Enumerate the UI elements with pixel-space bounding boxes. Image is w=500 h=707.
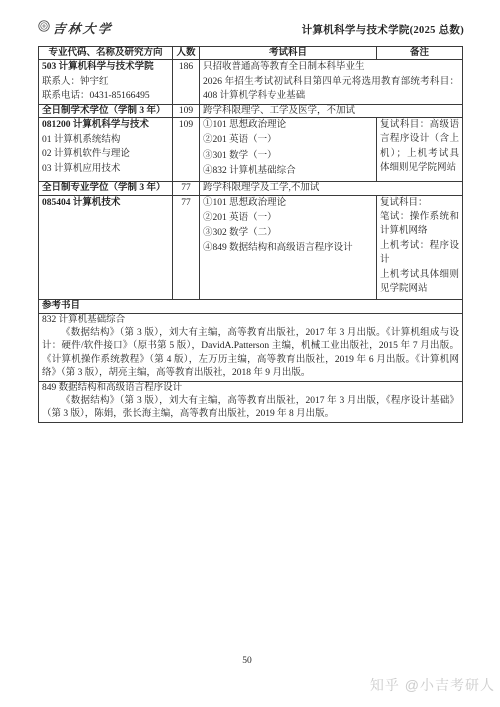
program-081200-remark: 复试科目：高级语言程序设计（含上机）；上机考试具体细则见学院网站 <box>377 118 462 182</box>
admissions-table: 专业代码、名称及研究方向 人数 考试科目 备注 503 计算机科学与技术学院 联… <box>38 46 463 423</box>
references-832-code: 832 计算机基础综合 <box>42 314 459 327</box>
table-row-program-085404: 085404 计算机技术 77 ①101 思想政治理论 ②201 英语（一） ③… <box>39 196 462 300</box>
references-title: 参考书目 <box>39 300 462 314</box>
contact-phone: 联系电话：0431-85166495 <box>42 89 169 104</box>
page-header: 吉林大学 计算机科学与技术学院(2025 总数) <box>38 19 464 37</box>
references-title-row: 参考书目 <box>39 300 462 314</box>
program-085404-remark: 复试科目： 笔试：操作系统和计算机网络 上机考试：程序设计 上机考试具体细则见学… <box>377 196 462 300</box>
university-brand: 吉林大学 <box>38 19 113 37</box>
table-row-academic-degree: 全日制学术学位（学制 3 年） 109 跨学科限理学、工学及医学，不加试 <box>39 105 462 119</box>
program-081200-directions: 01 计算机系统结构 02 计算机软件与理论 03 计算机应用技术 <box>42 133 169 177</box>
table-row-program-081200: 081200 计算机科学与技术 01 计算机系统结构 02 计算机软件与理论 0… <box>39 118 462 182</box>
program-081200-cell: 081200 计算机科学与技术 01 计算机系统结构 02 计算机软件与理论 0… <box>39 118 173 182</box>
table-row-professional-degree: 全日制专业学位（学制 3 年） 77 跨学科限理学及工学,不加试 <box>39 182 462 196</box>
references-832-row: 832 计算机基础综合 《数据结构》（第 3 版），刘大有主编，高等教育出版社，… <box>39 314 462 382</box>
table-header-row: 专业代码、名称及研究方向 人数 考试科目 备注 <box>39 47 462 60</box>
column-header-count: 人数 <box>173 47 200 60</box>
professional-degree-count: 77 <box>173 182 200 196</box>
academic-degree-title: 全日制学术学位（学制 3 年） <box>39 105 173 119</box>
contact-person: 联系人：钟宇红 <box>42 75 169 90</box>
professional-degree-title: 全日制专业学位（学制 3 年） <box>39 182 173 196</box>
references-849-row: 849 数据结构和高级语言程序设计 《数据结构》（第 3 版），刘大有主编，高等… <box>39 382 462 422</box>
program-085404-cell: 085404 计算机技术 <box>39 196 173 300</box>
program-081200-count: 109 <box>173 118 200 182</box>
program-085404-count: 77 <box>173 196 200 300</box>
college-title: 计算机科学与技术学院(2025 总数) <box>302 22 464 37</box>
column-header-remarks: 备注 <box>377 47 462 60</box>
college-code-title: 503 计算机科学与技术学院 <box>42 60 169 75</box>
college-info-cell: 503 计算机科学与技术学院 联系人：钟宇红 联系电话：0431-8516649… <box>39 60 173 105</box>
references-849-books: 《数据结构》（第 3 版），刘大有主编，高等教育出版社，2017 年 3 月出版… <box>42 395 459 422</box>
program-085404-code: 085404 计算机技术 <box>42 196 169 211</box>
page-number: 50 <box>0 656 494 666</box>
references-849-code: 849 数据结构和高级语言程序设计 <box>42 382 459 395</box>
column-header-program: 专业代码、名称及研究方向 <box>39 47 173 60</box>
college-note: 只招收普通高等教育全日制本科毕业生 2026 年招生考试初试科目第四单元将选用教… <box>200 60 462 105</box>
professional-degree-note: 跨学科限理学及工学,不加试 <box>200 182 462 196</box>
references-832-cell: 832 计算机基础综合 《数据结构》（第 3 版），刘大有主编，高等教育出版社，… <box>39 314 462 382</box>
university-seal-icon <box>38 19 50 37</box>
references-832-books: 《数据结构》（第 3 版），刘大有主编，高等教育出版社，2017 年 3 月出版… <box>42 327 459 381</box>
table-row-college: 503 计算机科学与技术学院 联系人：钟宇红 联系电话：0431-8516649… <box>39 60 462 105</box>
program-085404-subjects: ①101 思想政治理论 ②201 英语（一） ③302 数学（二） ④849 数… <box>200 196 377 300</box>
academic-degree-count: 109 <box>173 105 200 119</box>
references-849-cell: 849 数据结构和高级语言程序设计 《数据结构》（第 3 版），刘大有主编，高等… <box>39 382 462 422</box>
college-count: 186 <box>173 60 200 105</box>
academic-degree-note: 跨学科限理学、工学及医学，不加试 <box>200 105 462 119</box>
watermark-text: 知乎 @小吉考研人 <box>370 675 495 695</box>
program-081200-subjects: ①101 思想政治理论 ②201 英语（一） ③301 数学（一） ④832 计… <box>200 118 377 182</box>
program-081200-code: 081200 计算机科学与技术 <box>42 118 169 133</box>
column-header-subjects: 考试科目 <box>200 47 377 60</box>
university-name: 吉林大学 <box>52 19 114 37</box>
